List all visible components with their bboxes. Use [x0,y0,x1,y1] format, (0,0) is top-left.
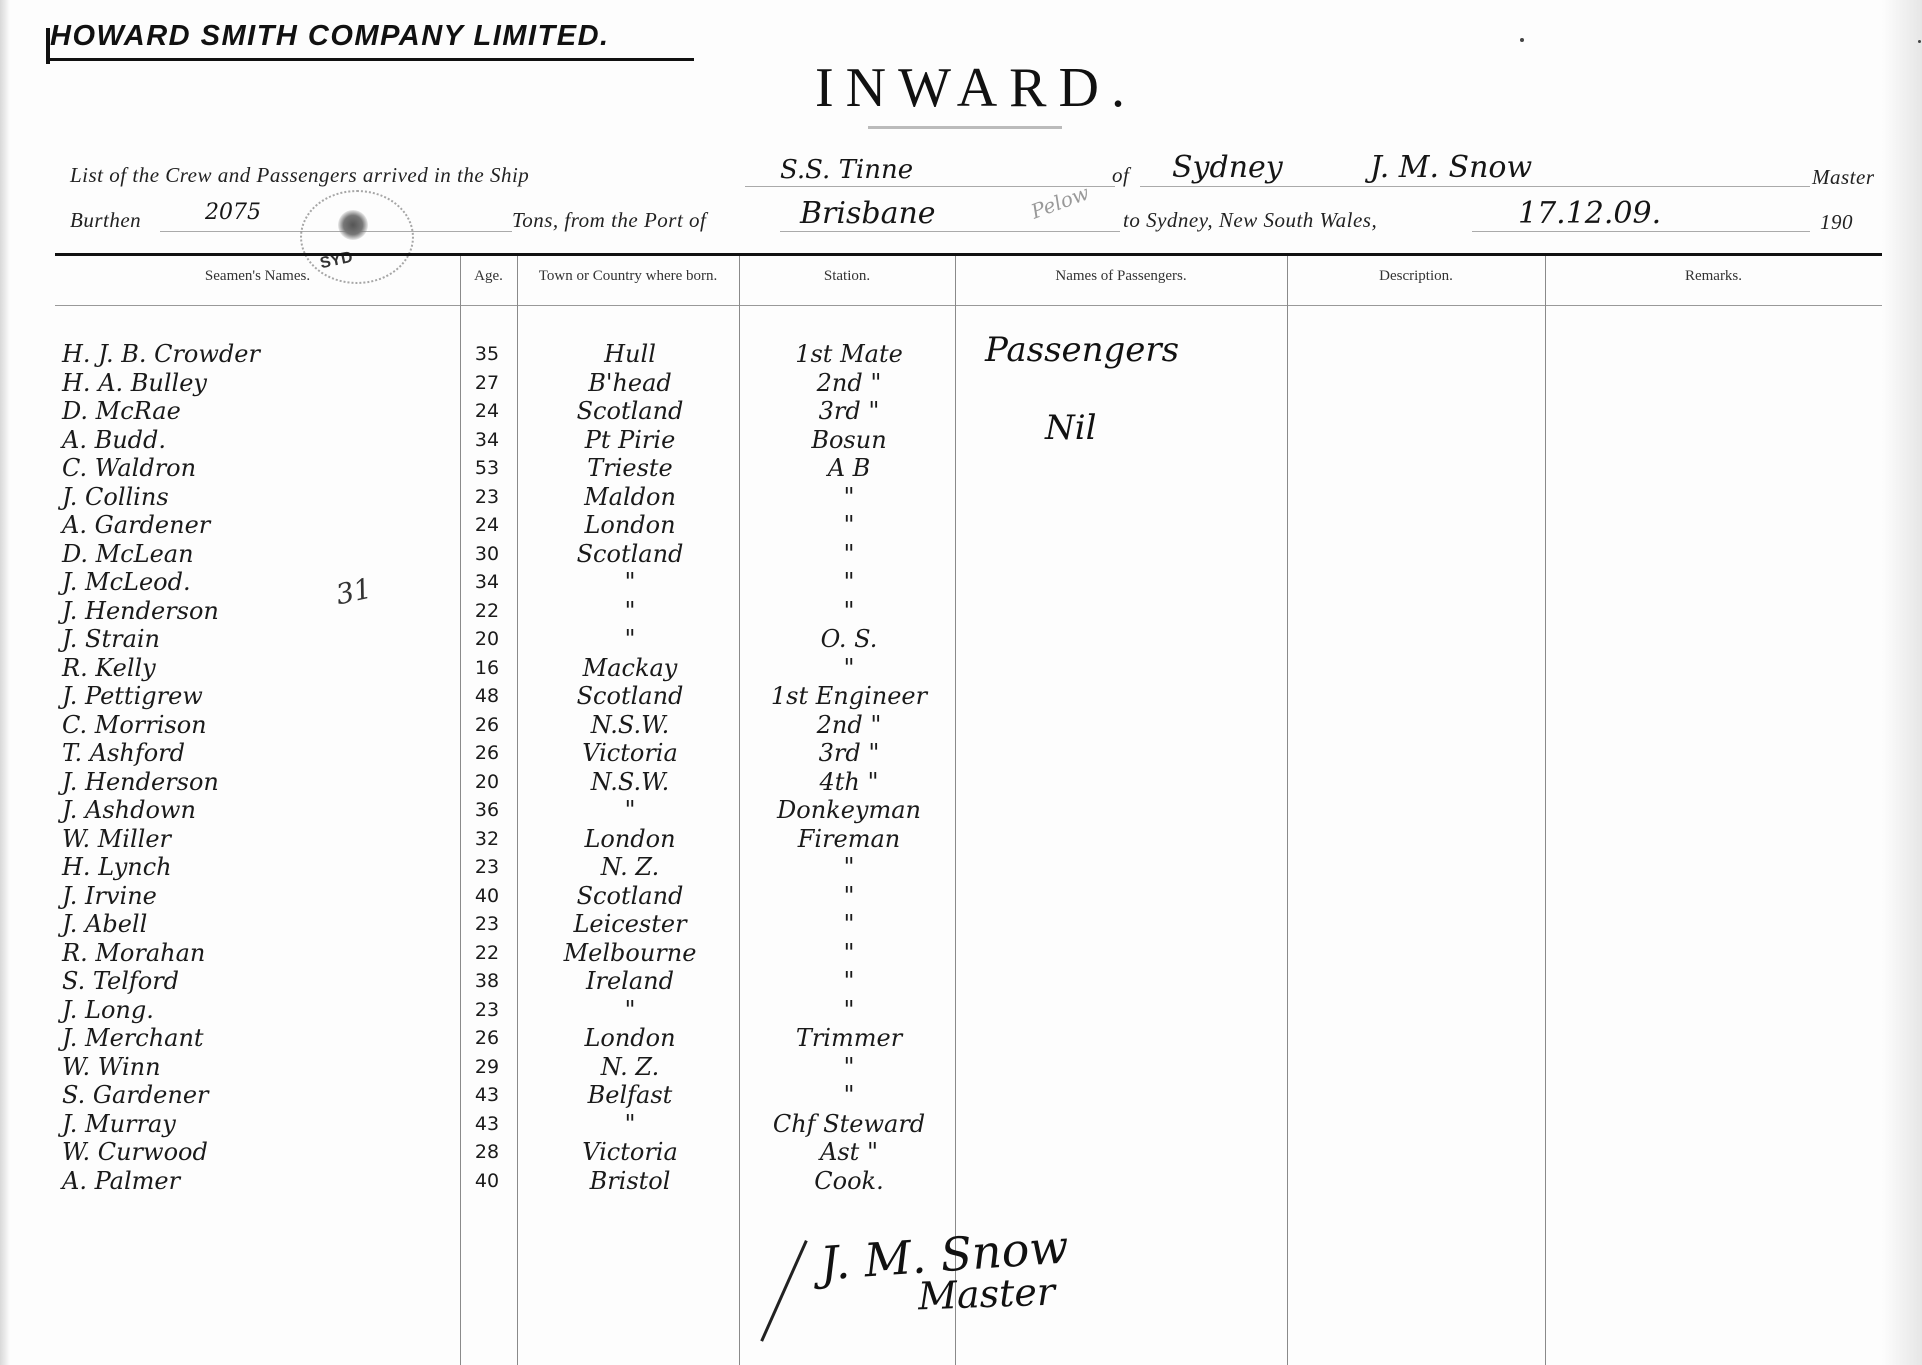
seaman-birthplace: Bristol [530,1167,730,1195]
seaman-name: H. A. Bulley [62,369,207,397]
seaman-age: 53 [457,454,517,482]
company-name: HOWARD SMITH COMPANY LIMITED. [50,20,610,53]
from-port-fill-line [780,231,1120,232]
seaman-name: S. Telford [62,967,179,995]
seaman-station: " [744,996,954,1024]
seaman-station: " [744,1081,954,1109]
seaman-station: Ast " [744,1138,954,1166]
seaman-age: 29 [457,1053,517,1081]
passengers-nil: Nil [1045,408,1097,448]
seaman-station: Bosun [744,426,954,454]
from-port: Brisbane [800,196,936,231]
seaman-station: 1st Mate [744,340,954,368]
of-label: of [1112,163,1129,188]
seaman-age: 38 [457,967,517,995]
seaman-name: J. Merchant [62,1024,204,1052]
paper-speck [1918,40,1921,43]
seaman-birthplace: " [530,1110,730,1138]
seaman-age: 23 [457,483,517,511]
seaman-birthplace: Ireland [530,967,730,995]
seaman-birthplace: " [530,568,730,596]
seaman-station: Cook. [744,1167,954,1195]
seaman-station: Fireman [744,825,954,853]
seaman-station: " [744,882,954,910]
seaman-station: " [744,654,954,682]
seaman-age: 36 [457,796,517,824]
seaman-age: 30 [457,540,517,568]
seaman-age: 22 [457,939,517,967]
seaman-birthplace: Scotland [530,540,730,568]
seaman-birthplace: N. Z. [530,853,730,881]
seaman-age: 23 [457,853,517,881]
seaman-station: " [744,939,954,967]
column-header-remarks: Remarks. [1545,268,1882,285]
seaman-age: 32 [457,825,517,853]
seaman-station: 2nd " [744,369,954,397]
seaman-station: Chf Steward [744,1110,954,1138]
seaman-age: 23 [457,996,517,1024]
seaman-birthplace: Victoria [530,1138,730,1166]
crew-row: A. Budd.34Pt PirieBosun [0,426,1922,454]
ship-name: S.S. Tinne [780,155,913,185]
seaman-age: 34 [457,426,517,454]
seaman-name: A. Budd. [62,426,166,454]
table-top-rule [55,253,1882,256]
seaman-name: T. Ashford [62,739,185,767]
ship-fill-line [745,186,1115,187]
master-fill-line [1140,186,1810,187]
seaman-name: W. Winn [62,1053,161,1081]
crew-row: S. Gardener43Belfast" [0,1081,1922,1109]
seaman-name: R. Kelly [62,654,156,682]
seaman-station: " [744,568,954,596]
crew-row: J. McLeod.34"" [0,568,1922,596]
seaman-birthplace: N.S.W. [530,711,730,739]
to-sydney-label: to Sydney, New South Wales, [1123,208,1377,233]
seaman-station: " [744,967,954,995]
seaman-name: J. Long. [62,996,154,1024]
paper-speck [1520,38,1524,42]
seaman-name: A. Gardener [62,511,210,539]
seaman-birthplace: Maldon [530,483,730,511]
seaman-age: 40 [457,882,517,910]
signature-flourish [760,1240,807,1342]
crew-row: A. Gardener24London" [0,511,1922,539]
column-header-station: Station. [739,268,955,285]
seaman-age: 23 [457,910,517,938]
seaman-birthplace: " [530,996,730,1024]
seaman-birthplace: Hull [530,340,730,368]
crew-row: J. Abell23Leicester" [0,910,1922,938]
crew-row: J. Irvine40Scotland" [0,882,1922,910]
seaman-age: 24 [457,511,517,539]
crew-row: C. Waldron53TriesteA B [0,454,1922,482]
seaman-station: " [744,540,954,568]
crew-row: J. Strain20"O. S. [0,625,1922,653]
seaman-age: 40 [457,1167,517,1195]
crew-row: J. Pettigrew48Scotland1st Engineer [0,682,1922,710]
seaman-name: J. Strain [62,625,160,653]
seaman-name: H. Lynch [62,853,172,881]
seaman-station: 2nd " [744,711,954,739]
seaman-birthplace: London [530,825,730,853]
seaman-station: " [744,483,954,511]
seaman-birthplace: Belfast [530,1081,730,1109]
seaman-station: Trimmer [744,1024,954,1052]
port-of-registry: Sydney [1172,150,1283,185]
table-header-rule [55,305,1882,306]
title-underline [868,126,1062,129]
seaman-age: 22 [457,597,517,625]
year-label: 190 [1820,210,1853,235]
crew-row: R. Kelly16Mackay" [0,654,1922,682]
seaman-age: 35 [457,340,517,368]
crew-list-label: List of the Crew and Passengers arrived … [70,163,529,188]
crew-row: J. Murray43"Chf Steward [0,1110,1922,1138]
crew-row: H. J. B. Crowder35Hull1st Mate [0,340,1922,368]
seaman-birthplace: Victoria [530,739,730,767]
seaman-name: A. Palmer [62,1167,180,1195]
seaman-age: 20 [457,768,517,796]
seaman-age: 27 [457,369,517,397]
seaman-name: W. Miller [62,825,171,853]
column-header-town: Town or Country where born. [517,268,739,285]
seaman-name: C. Waldron [62,454,196,482]
crew-row: S. Telford38Ireland" [0,967,1922,995]
seaman-birthplace: Scotland [530,882,730,910]
seaman-age: 28 [457,1138,517,1166]
master-signature-title: Master [917,1270,1055,1319]
master-label: Master [1812,165,1875,190]
passengers-note: Passengers [985,330,1179,370]
crew-row: J. Long.23"" [0,996,1922,1024]
column-header-description: Description. [1287,268,1545,285]
seaman-name: S. Gardener [62,1081,209,1109]
seaman-age: 43 [457,1110,517,1138]
document-title: INWARD. [0,56,1922,120]
seaman-station: 3rd " [744,397,954,425]
column-header-passengers: Names of Passengers. [955,268,1287,285]
date-fill-line [1472,231,1810,232]
seaman-age: 16 [457,654,517,682]
seaman-station: A B [744,454,954,482]
seaman-birthplace: Scotland [530,397,730,425]
seaman-birthplace: " [530,597,730,625]
seaman-name: D. McRae [62,397,181,425]
seaman-name: J. Henderson [62,768,219,796]
crew-row: J. Henderson20N.S.W.4th " [0,768,1922,796]
seaman-age: 48 [457,682,517,710]
crew-row: H. A. Bulley27B'head2nd " [0,369,1922,397]
seaman-age: 20 [457,625,517,653]
seaman-age: 43 [457,1081,517,1109]
seaman-station: Donkeyman [744,796,954,824]
seaman-age: 26 [457,711,517,739]
seaman-birthplace: B'head [530,369,730,397]
seaman-name: W. Curwood [62,1138,208,1166]
crew-row: J. Henderson22"" [0,597,1922,625]
seaman-name: C. Morrison [62,711,207,739]
seaman-name: J. Pettigrew [62,682,203,710]
seaman-birthplace: Melbourne [530,939,730,967]
crew-row: W. Winn29N. Z." [0,1053,1922,1081]
seaman-station: O. S. [744,625,954,653]
seaman-name: J. Collins [62,483,169,511]
crew-row: R. Morahan22Melbourne" [0,939,1922,967]
crew-row: A. Palmer40BristolCook. [0,1167,1922,1195]
seaman-age: 24 [457,397,517,425]
crew-row: W. Miller32LondonFireman [0,825,1922,853]
crew-row: J. Ashdown36"Donkeyman [0,796,1922,824]
burthen-tons: 2075 [205,200,261,225]
seaman-birthplace: " [530,796,730,824]
seaman-station: " [744,910,954,938]
seaman-station: 1st Engineer [744,682,954,710]
seaman-name: H. J. B. Crowder [62,340,260,368]
seaman-station: " [744,511,954,539]
seaman-birthplace: Trieste [530,454,730,482]
burthen-label: Burthen [70,208,141,233]
seaman-birthplace: Pt Pirie [530,426,730,454]
seaman-birthplace: Mackay [530,654,730,682]
crew-row: T. Ashford26Victoria3rd " [0,739,1922,767]
seaman-name: J. Irvine [62,882,157,910]
seaman-name: J. Murray [62,1110,176,1138]
stamp-mark [338,210,368,240]
seaman-age: 26 [457,1024,517,1052]
seaman-station: " [744,1053,954,1081]
seaman-birthplace: London [530,1024,730,1052]
crew-row: J. Collins23Maldon" [0,483,1922,511]
seaman-name: J. Ashdown [62,796,196,824]
seaman-birthplace: Leicester [530,910,730,938]
seaman-birthplace: " [530,625,730,653]
seaman-age: 26 [457,739,517,767]
seaman-station: " [744,853,954,881]
seaman-name: J. McLeod. [62,568,191,596]
arrival-date: 17.12.09. [1518,196,1661,231]
crew-row: J. Merchant26LondonTrimmer [0,1024,1922,1052]
seaman-birthplace: London [530,511,730,539]
seaman-name: D. McLean [62,540,194,568]
seaman-station: " [744,597,954,625]
seaman-name: R. Morahan [62,939,205,967]
seaman-station: 3rd " [744,739,954,767]
seaman-birthplace: N. Z. [530,1053,730,1081]
crew-row: C. Morrison26N.S.W.2nd " [0,711,1922,739]
seaman-age: 34 [457,568,517,596]
crew-row: D. McLean30Scotland" [0,540,1922,568]
seaman-name: J. Abell [62,910,147,938]
tons-from-port-label: Tons, from the Port of [512,208,706,233]
column-header-age: Age. [460,268,517,285]
master-name: J. M. Snow [1370,150,1532,185]
seaman-birthplace: N.S.W. [530,768,730,796]
column-header-seamen-names: Seamen's Names. [55,268,460,285]
crew-row: D. McRae24Scotland3rd " [0,397,1922,425]
seaman-name: J. Henderson [62,597,219,625]
seaman-station: 4th " [744,768,954,796]
crew-row: H. Lynch23N. Z." [0,853,1922,881]
crew-row: W. Curwood28VictoriaAst " [0,1138,1922,1166]
seaman-birthplace: Scotland [530,682,730,710]
